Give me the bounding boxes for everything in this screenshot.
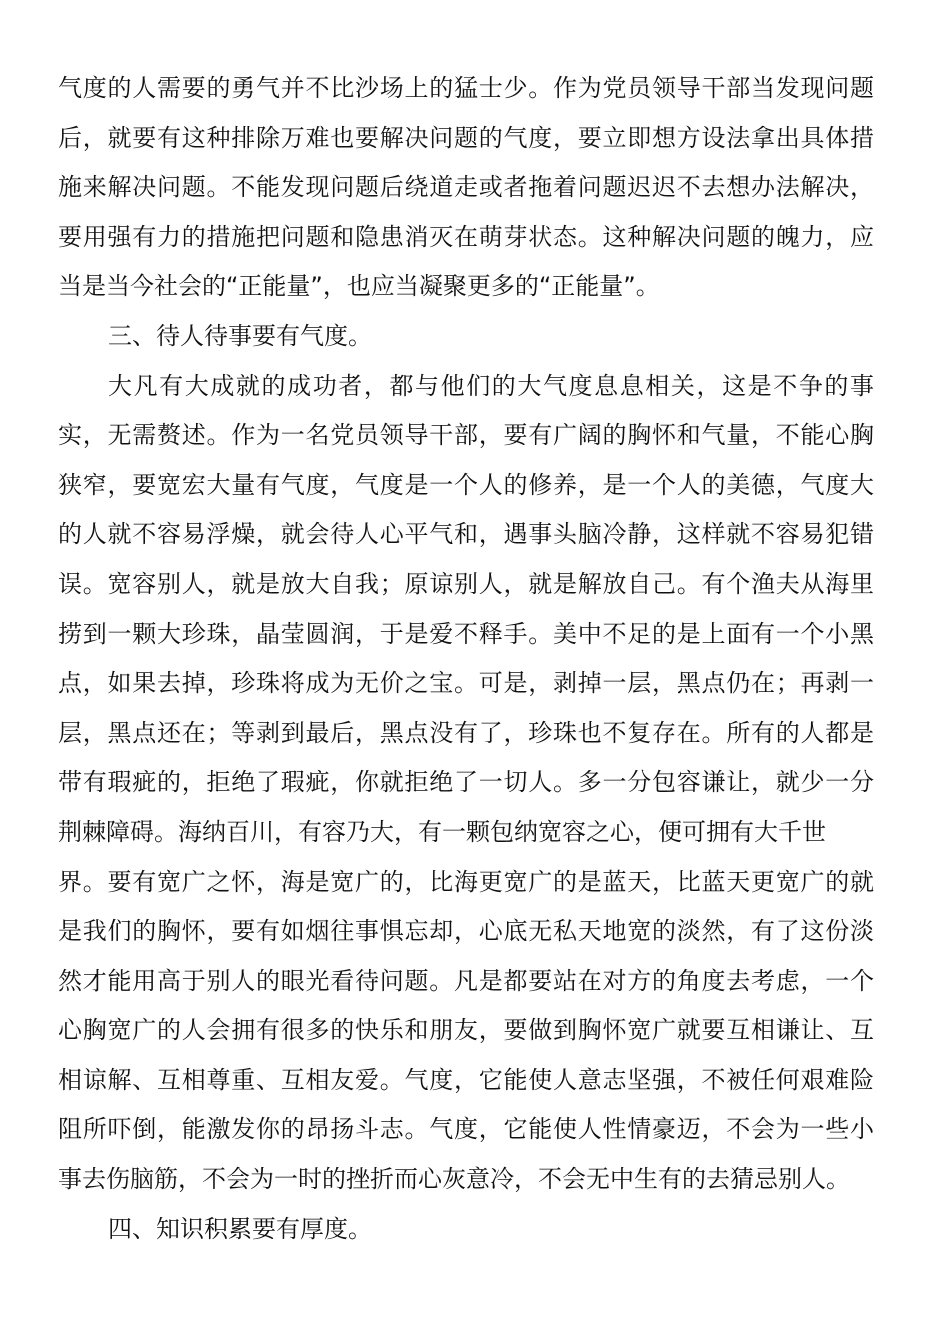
paragraph-continued: 气度的人需要的勇气并不比沙场上的猛士少。作为党员领导干部当发现问题 后，就要有这… — [58, 64, 878, 312]
text-line: 阻所吓倒，能激发你的昂扬斗志。气度，它能使人性情豪迈，不会为一些小 — [58, 1105, 874, 1155]
text-line: 带有瑕疵的，拒绝了瑕疵，你就拒绝了一切人。多一分包容谦让，就少一分 — [58, 758, 874, 808]
text-line: 的人就不容易浮燥，就会待人心平气和，遇事头脑冷静，这样就不容易犯错 — [58, 510, 874, 560]
text-line: 是我们的胸怀，要有如烟往事惧忘却，心底无私天地宽的淡然，有了这份淡 — [58, 907, 874, 957]
text-line: 然才能用高于别人的眼光看待问题。凡是都要站在对方的角度去考虑，一个 — [58, 957, 874, 1007]
text-line: 气度的人需要的勇气并不比沙场上的猛士少。作为党员领导干部当发现问题 — [58, 64, 874, 114]
section-heading-4: 四、知识积累要有厚度。 — [58, 1205, 874, 1255]
text-line: 层，黑点还在；等剥到最后，黑点没有了，珍珠也不复存在。所有的人都是 — [58, 709, 874, 759]
text-line: 事去伤脑筋，不会为一时的挫折而心灰意冷，不会无中生有的去猜忌别人。 — [58, 1155, 874, 1205]
text-line: 界。要有宽广之怀，海是宽广的，比海更宽广的是蓝天，比蓝天更宽广的就 — [58, 858, 874, 908]
text-line: 施来解决问题。不能发现问题后绕道走或者拖着问题迟迟不去想办法解决， — [58, 163, 874, 213]
text-line: 实，无需赘述。作为一名党员领导干部，要有广阔的胸怀和气量，不能心胸 — [58, 411, 874, 461]
text-line: 荆棘障碍。海纳百川，有容乃大，有一颗包纳宽容之心，便可拥有大千世 — [58, 808, 874, 858]
text-line: 大凡有大成就的成功者，都与他们的大气度息息相关，这是不争的事 — [58, 362, 874, 412]
text-line: 当是当今社会的“正能量”，也应当凝聚更多的“正能量”。 — [58, 262, 874, 312]
text-line: 点，如果去掉，珍珠将成为无价之宝。可是，剥掉一层，黑点仍在；再剥一 — [58, 659, 874, 709]
text-line: 狭窄，要宽宏大量有气度，气度是一个人的修养，是一个人的美德，气度大 — [58, 461, 874, 511]
document-page: 气度的人需要的勇气并不比沙场上的猛士少。作为党员领导干部当发现问题 后，就要有这… — [58, 64, 878, 1254]
text-line: 心胸宽广的人会拥有很多的快乐和朋友，要做到胸怀宽广就要互相谦让、互 — [58, 1006, 874, 1056]
text-line: 要用强有力的措施把问题和隐患消灭在萌芽状态。这种解决问题的魄力，应 — [58, 213, 874, 263]
section-heading-3: 三、待人待事要有气度。 — [58, 312, 874, 362]
text-line: 后，就要有这种排除万难也要解决问题的气度，要立即想方设法拿出具体措 — [58, 114, 874, 164]
paragraph-tolerance: 大凡有大成就的成功者，都与他们的大气度息息相关，这是不争的事 实，无需赘述。作为… — [58, 362, 878, 1205]
text-line: 误。宽容别人，就是放大自我；原谅别人，就是解放自己。有个渔夫从海里 — [58, 560, 874, 610]
text-line: 相谅解、互相尊重、互相友爱。气度，它能使人意志坚强，不被任何艰难险 — [58, 1056, 874, 1106]
text-line: 捞到一颗大珍珠，晶莹圆润，于是爱不释手。美中不足的是上面有一个小黑 — [58, 610, 874, 660]
